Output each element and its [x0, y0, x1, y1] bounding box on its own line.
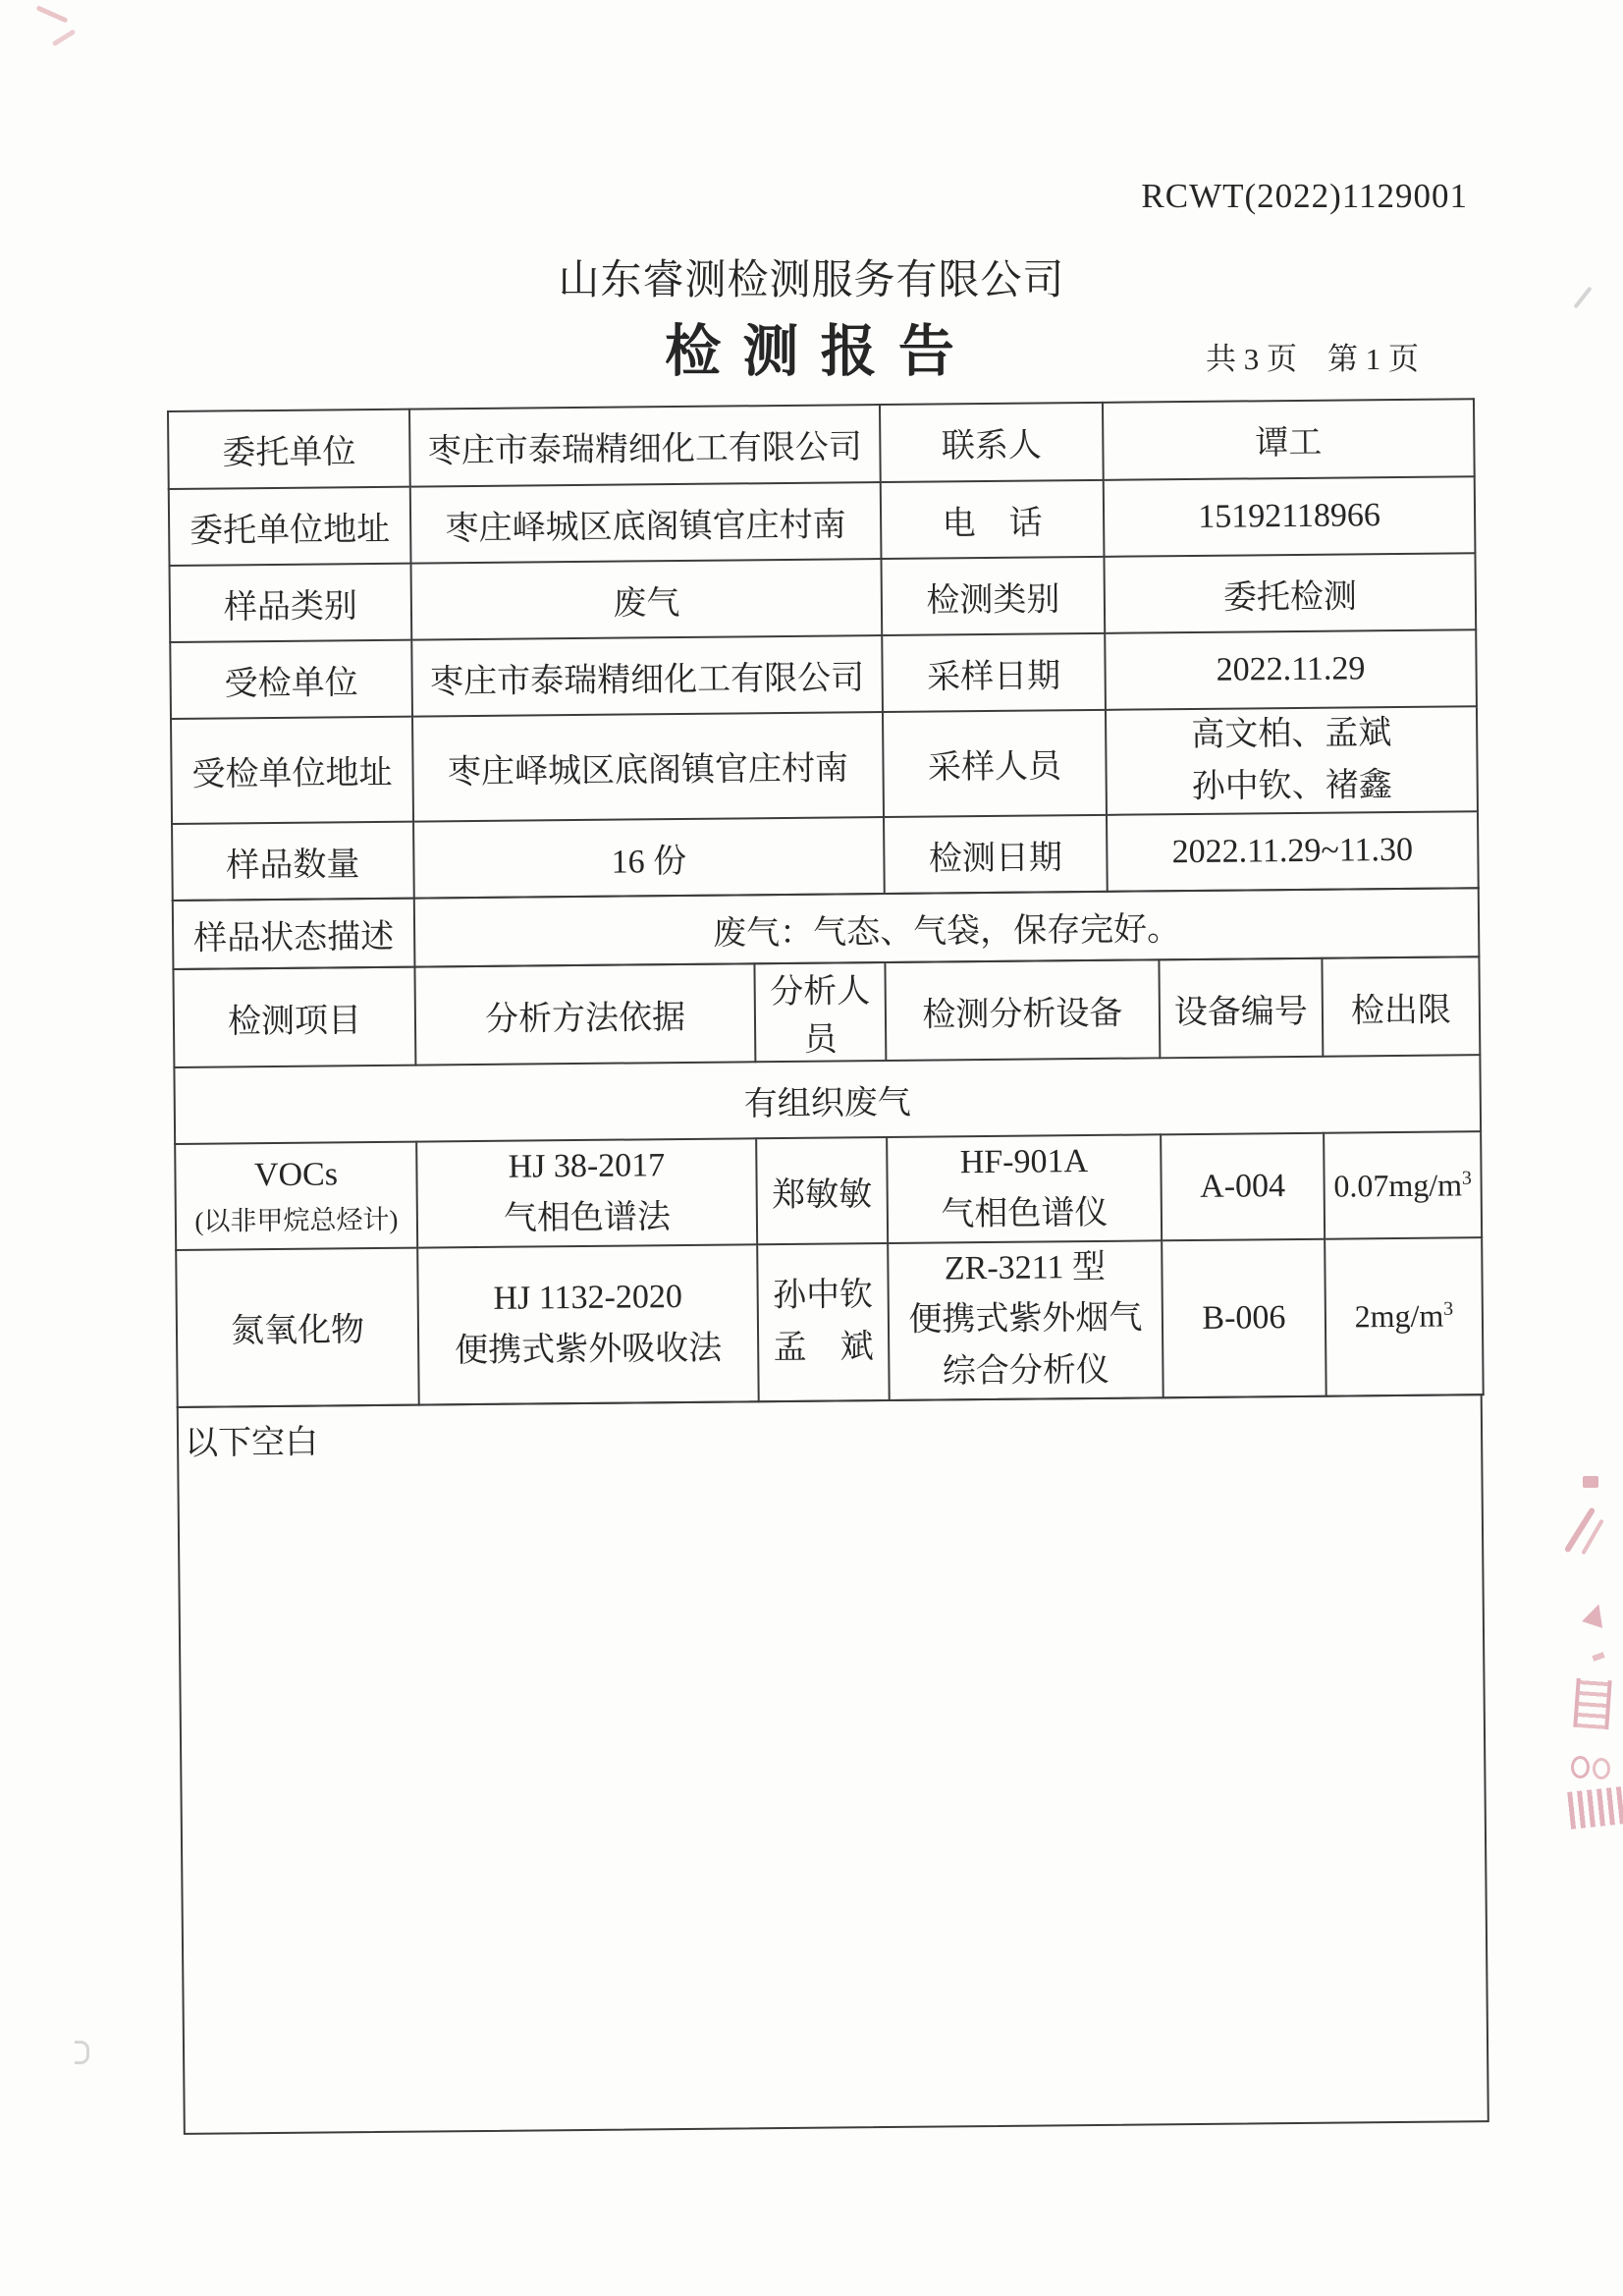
value-vocs-method: HJ 38-2017 气相色谱法: [416, 1139, 757, 1248]
label-test-date: 检测日期: [884, 815, 1108, 894]
stamp-fragment: [1573, 1678, 1611, 1729]
value-nox-equipment: ZR-3211 型 便携式紫外烟气 综合分析仪: [888, 1240, 1163, 1400]
value-phone: 15192118966: [1104, 476, 1476, 557]
table-row: 氮氧化物 HJ 1132-2020 便携式紫外吸收法 孙中钦 孟 斌 ZR-32…: [176, 1237, 1483, 1407]
value-vocs-analyst: 郑敏敏: [756, 1137, 888, 1244]
value-test-category: 委托检测: [1104, 553, 1476, 633]
stamp-fragment: [1593, 1758, 1610, 1779]
label-client-unit: 委托单位: [168, 410, 410, 489]
stamp-fragment: [1583, 1476, 1598, 1488]
value-nox-equipment-no: B-006: [1162, 1238, 1326, 1397]
value-client-address: 枣庄峄城区底阁镇官庄村南: [410, 482, 882, 564]
stamp-fragment: [1571, 1756, 1590, 1778]
label-sampling-personnel: 采样人员: [883, 710, 1107, 818]
value-vocs-limit: 0.07mg/m3: [1324, 1132, 1482, 1239]
blank-note: 以下空白: [185, 1424, 318, 1461]
value-vocs-equipment-no: A-004: [1161, 1133, 1325, 1240]
value-vocs-item: VOCs (以非甲烷总烃计): [175, 1142, 417, 1250]
scan-speck: [75, 2041, 89, 2064]
header-equipment: 检测分析设备: [885, 960, 1160, 1062]
company-name: 山东睿测检测服务有限公司: [0, 247, 1623, 306]
nox-analyst-line1: 孙中钦: [764, 1270, 882, 1323]
report-number: RCWT(2022)1129001: [1141, 177, 1468, 216]
nox-equipment-line2: 便携式紫外烟气: [895, 1293, 1156, 1347]
label-sampling-date: 采样日期: [882, 633, 1106, 712]
table-row: 委托单位 枣庄市泰瑞精细化工有限公司 联系人 谭工: [168, 399, 1475, 489]
vocs-method-line2: 气相色谱法: [424, 1191, 750, 1246]
nox-method-line2: 便携式紫外吸收法: [425, 1323, 751, 1378]
blank-area: 以下空白: [177, 1394, 1489, 2135]
stamp-fragment: [1582, 1601, 1609, 1628]
value-vocs-equipment: HF-901A 气相色谱仪: [887, 1135, 1162, 1243]
table-row: 样品数量 16 份 检测日期 2022.11.29~11.30: [172, 812, 1479, 902]
table-row: 受检单位地址 枣庄峄城区底阁镇官庄村南 采样人员 高文柏、孟斌 孙中钦、褚鑫: [171, 706, 1478, 824]
nox-limit-exponent: 3: [1443, 1298, 1453, 1320]
label-client-address: 委托单位地址: [169, 487, 411, 566]
stamp-fragment: [1564, 1506, 1596, 1553]
value-test-date: 2022.11.29~11.30: [1107, 812, 1479, 893]
value-sampling-personnel: 高文柏、孟斌 孙中钦、褚鑫: [1106, 706, 1478, 815]
red-scribble-artifact: [35, 5, 68, 23]
header-analyst: 分析人员: [754, 962, 886, 1062]
nox-equipment-line1: ZR-3211 型: [894, 1241, 1155, 1295]
value-inspected-address: 枣庄峄城区底阁镇官庄村南: [412, 712, 884, 822]
value-nox-item: 氮氧化物: [176, 1247, 419, 1406]
value-sample-quantity: 16 份: [413, 817, 885, 899]
vocs-equipment-line2: 气相色谱仪: [894, 1187, 1155, 1241]
vocs-equipment-line1: HF-901A: [893, 1136, 1154, 1190]
nox-equipment-line3: 综合分析仪: [895, 1345, 1156, 1399]
table-row: 样品类别 废气 检测类别 委托检测: [170, 553, 1477, 642]
value-sample-category: 废气: [411, 559, 883, 640]
page-indicator: 共 3 页 第 1 页: [1206, 334, 1419, 378]
method-table: 检测项目 分析方法依据 分析人员 检测分析设备 设备编号 检出限 有组织废气 V…: [172, 957, 1484, 1408]
header-test-item: 检测项目: [173, 967, 415, 1067]
table-row: 委托单位地址 枣庄峄城区底阁镇官庄村南 电 话 15192118966: [169, 476, 1476, 566]
sampling-personnel-line1: 高文柏、孟斌: [1112, 707, 1470, 762]
header-detection-limit: 检出限: [1322, 957, 1480, 1058]
nox-method-line1: HJ 1132-2020: [424, 1271, 750, 1326]
vocs-limit-exponent: 3: [1462, 1167, 1472, 1188]
sampling-personnel-line2: 孙中钦、褚鑫: [1112, 759, 1470, 814]
value-sample-state: 废气：气态、气袋，保存完好。: [414, 889, 1480, 967]
label-phone: 电 话: [881, 480, 1105, 559]
value-sampling-date: 2022.11.29: [1105, 629, 1477, 710]
vocs-item-line1: VOCs: [182, 1148, 409, 1202]
red-scribble-artifact: [52, 28, 77, 46]
label-contact: 联系人: [880, 403, 1104, 482]
table-row: 受检单位 枣庄市泰瑞精细化工有限公司 采样日期 2022.11.29: [170, 629, 1477, 719]
value-nox-limit: 2mg/m3: [1325, 1237, 1484, 1396]
info-table: 委托单位 枣庄市泰瑞精细化工有限公司 联系人 谭工 委托单位地址 枣庄峄城区底阁…: [167, 398, 1480, 902]
label-test-category: 检测类别: [881, 557, 1105, 635]
header-method: 分析方法依据: [414, 964, 755, 1066]
label-inspected-unit: 受检单位: [170, 640, 412, 719]
vocs-limit-base: 0.07mg/m: [1333, 1167, 1462, 1203]
value-client-unit: 枣庄市泰瑞精细化工有限公司: [409, 405, 881, 487]
label-sample-quantity: 样品数量: [172, 822, 414, 901]
label-sample-category: 样品类别: [170, 564, 412, 642]
value-nox-method: HJ 1132-2020 便携式紫外吸收法: [417, 1244, 759, 1404]
stamp-fragment: [1592, 1652, 1604, 1662]
section-organized-waste-gas: 有组织废气: [174, 1056, 1481, 1145]
value-contact: 谭工: [1103, 399, 1475, 480]
table-row: VOCs (以非甲烷总烃计) HJ 38-2017 气相色谱法 郑敏敏 HF-9…: [175, 1132, 1482, 1250]
header-equipment-no: 设备编号: [1159, 958, 1323, 1059]
table-header-row: 检测项目 分析方法依据 分析人员 检测分析设备 设备编号 检出限: [173, 957, 1480, 1068]
label-sample-state: 样品状态描述: [173, 899, 415, 969]
label-inspected-address: 受检单位地址: [171, 717, 413, 825]
scanned-report-page: RCWT(2022)1129001 山东睿测检测服务有限公司 检 测 报 告 共…: [0, 0, 1623, 2296]
stamp-fragment: [1567, 1786, 1623, 1830]
vocs-method-line1: HJ 38-2017: [423, 1140, 749, 1195]
report-table: 委托单位 枣庄市泰瑞精细化工有限公司 联系人 谭工 委托单位地址 枣庄峄城区底阁…: [167, 398, 1493, 2135]
value-nox-analyst: 孙中钦 孟 斌: [757, 1243, 890, 1401]
nox-analyst-line2: 孟 斌: [765, 1322, 883, 1375]
section-row: 有组织废气: [174, 1056, 1481, 1145]
nox-limit-base: 2mg/m: [1354, 1298, 1443, 1335]
vocs-item-line2: (以非甲烷总烃计): [183, 1200, 410, 1243]
value-inspected-unit: 枣庄市泰瑞精细化工有限公司: [411, 635, 883, 717]
